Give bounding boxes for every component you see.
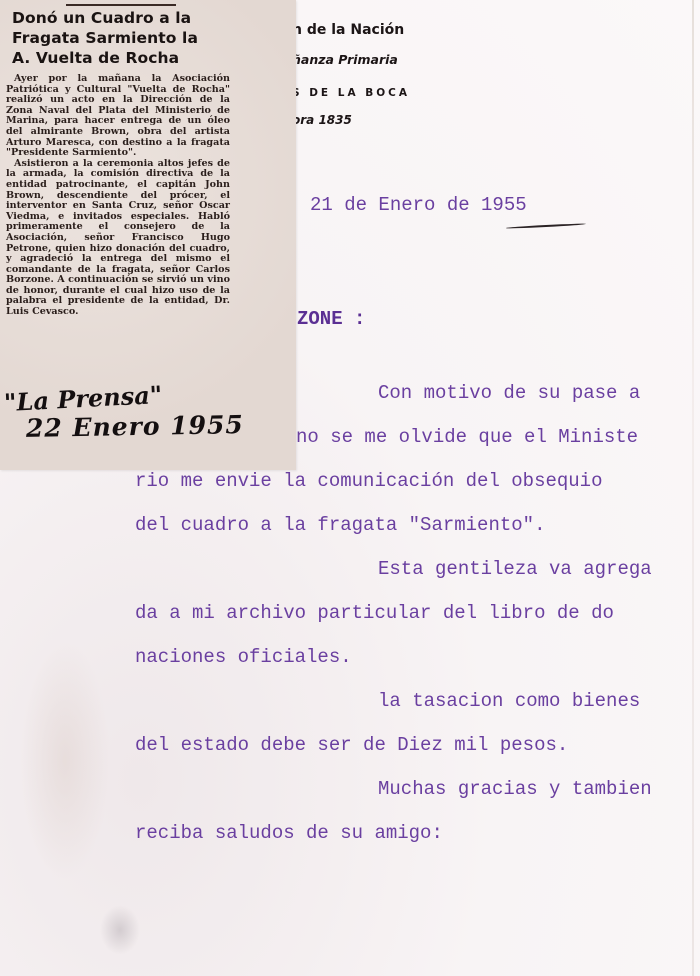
letter-date: 21 de Enero de 1955 <box>310 194 527 216</box>
letter-line: Con motivo de su pase a <box>378 382 640 404</box>
clipping-headline: Donó un Cuadro a la Fragata Sarmiento la… <box>12 8 232 68</box>
letter-line: rio me envie la comunicación del obsequi… <box>135 470 602 492</box>
letter-line: da a mi archivo particular del libro de … <box>135 602 614 624</box>
clipping-paragraph: Asistieron a la ceremonia altos jefes de… <box>6 159 230 318</box>
letter-line: la tasacion como bienes <box>378 690 640 712</box>
headline-line: Donó un Cuadro a la <box>12 8 232 28</box>
letter-line: Muchas gracias y tambien <box>378 778 652 800</box>
clipping-paragraph: Ayer por la mañana la Asociación Patriót… <box>6 74 230 159</box>
ink-smudge <box>100 905 140 955</box>
paper-stain <box>20 640 110 880</box>
letterhead-line-1: n de la Nación <box>292 22 404 38</box>
letter-line: no se me olvide que el Ministe <box>296 426 638 448</box>
handwritten-date: 22 Enero 1955 <box>26 410 244 443</box>
letterhead-line-2: ñanza Primaria <box>292 52 398 67</box>
headline-line: Fragata Sarmiento la <box>12 28 232 48</box>
clipping-top-rule <box>66 4 176 6</box>
letter-salutation: ZONE : <box>297 308 365 330</box>
letter-line: Esta gentileza va agrega <box>378 558 652 580</box>
letterhead-line-3: S DE LA BOCA <box>292 87 410 99</box>
newspaper-clipping: Donó un Cuadro a la Fragata Sarmiento la… <box>0 0 296 470</box>
paper-fold-edge <box>692 0 694 976</box>
letter-line: naciones oficiales. <box>135 646 352 668</box>
letter-line: reciba saludos de su amigo: <box>135 822 443 844</box>
headline-line: A. Vuelta de Rocha <box>12 48 232 68</box>
clipping-body: Ayer por la mañana la Asociación Patriót… <box>6 74 230 318</box>
letter-line: del estado debe ser de Diez mil pesos. <box>135 734 568 756</box>
letter-line: del cuadro a la fragata "Sarmiento". <box>135 514 545 536</box>
letterhead-line-4: ora 1835 <box>292 113 352 127</box>
